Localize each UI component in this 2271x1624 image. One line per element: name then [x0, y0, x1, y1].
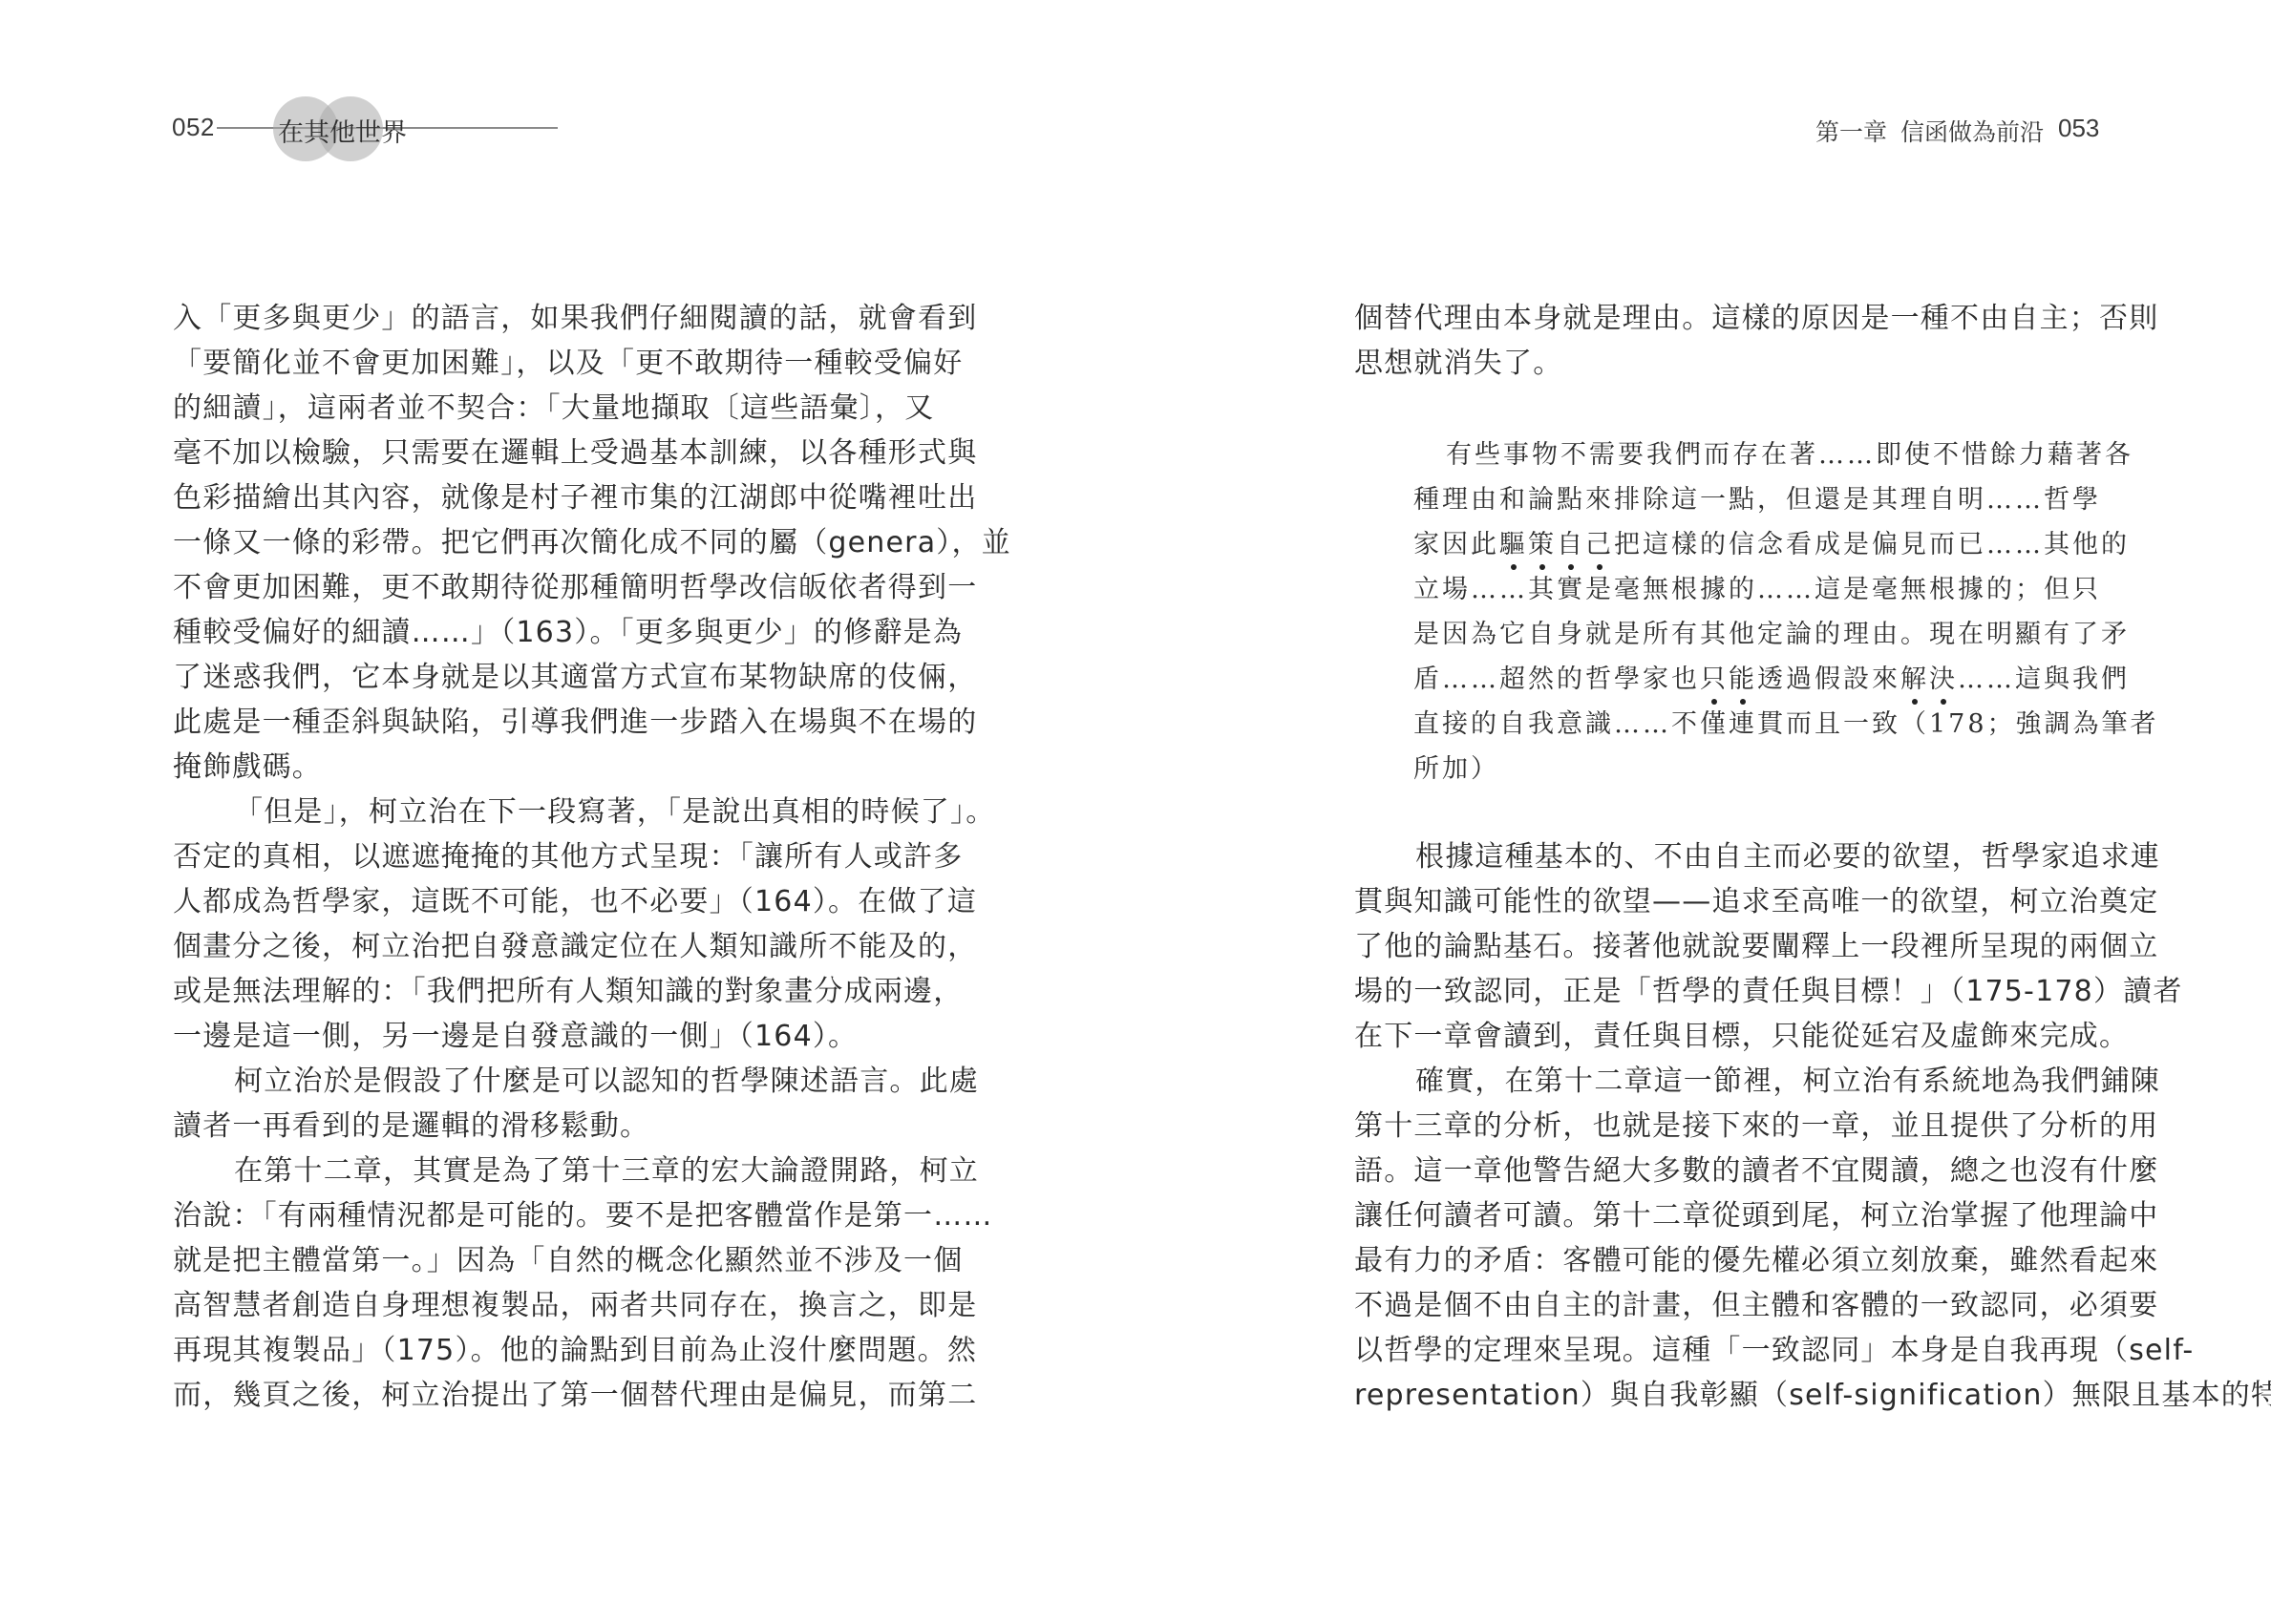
text-line: 「要簡化並不會更加困難」，以及「更不敢期待一種較受偏好: [173, 347, 923, 381]
text-line: 此處是一種歪斜與缺陷，引導我們進一步踏入在場與不在場的: [173, 706, 923, 740]
text-line: 毫不加以檢驗，只需要在邏輯上受過基本訓練，以各種形式與: [173, 436, 923, 471]
quote-text: 透過假設來: [1757, 664, 1900, 694]
quote-text: 家因此: [1413, 530, 1499, 559]
chapter-label: 第一章: [1815, 114, 1887, 148]
text-line: 再現其複製品」（175）。他的論點到目前為止沒什麼問題。然: [173, 1334, 923, 1368]
emphasized-text: 解決: [1900, 664, 1958, 694]
left-page-number: 052: [172, 113, 215, 142]
right-page-number: 053: [2058, 114, 2099, 143]
text-line: 而，幾頁之後，柯立治提出了第一個替代理由是偏見，而第二: [173, 1379, 923, 1413]
text-line: 最有力的矛盾：客體可能的優先權必須立刻放棄，雖然看起來: [1354, 1244, 2104, 1278]
text-line: 在下一章會讀到，責任與目標，只能從延宕及虛飾來完成。: [1354, 1020, 2129, 1054]
quote-line: 立場……其實是毫無根據的……這是毫無根據的；但只: [1413, 574, 2101, 606]
text-line: 一邊是這一側，另一邊是自發意識的一側」（164）。: [173, 1020, 858, 1054]
text-line: 場的一致認同，正是「哲學的責任與目標！」（175-178）讀者: [1354, 975, 2104, 1009]
text-line: 讀者一再看到的是邏輯的滑移鬆動。: [173, 1109, 649, 1144]
text-line: 了迷惑我們，它本身就是以其適當方式宣布某物缺席的伎倆，: [173, 661, 923, 695]
emphasis-dot-char: 能: [1729, 664, 1757, 696]
text-line: 入「更多與更少」的語言，如果我們仔細閱讀的話，就會看到: [173, 302, 923, 336]
text-line: 貫與知識可能性的欲望——追求至高唯一的欲望，柯立治奠定: [1354, 885, 2104, 919]
paragraph-start-line: 柯立治於是假設了什麼是可以認知的哲學陳述語言。此處: [234, 1065, 923, 1099]
quote-text: 把這樣的信念看成是偏見而已……其他的: [1614, 530, 2130, 559]
paragraph-start-line: 根據這種基本的、不由自主而必要的欲望，哲學家追求連: [1415, 840, 2104, 875]
quote-line: 所加）: [1413, 753, 1499, 786]
text-line: 不過是個不由自主的計畫，但主體和客體的一致認同，必須要: [1354, 1289, 2104, 1323]
text-line: 以哲學的定理來呈現。這種「一致認同」本身是自我再現（self-: [1354, 1334, 2104, 1368]
text-line: 掩飾戲碼。: [173, 750, 322, 785]
emphasis-dot-char: 己: [1585, 529, 1614, 561]
text-line: 一條又一條的彩帶。把它們再次簡化成不同的屬（genera），並: [173, 526, 923, 560]
text-line: 思想就消失了。: [1354, 347, 1562, 381]
quote-line-emphasis: 盾……超然的哲學家也只能透過假設來解決……這與我們: [1413, 664, 2101, 696]
text-line: 或是無法理解的：「我們把所有人類知識的對象畫分成兩邊，: [173, 975, 923, 1009]
emphasis-dot-char: 只: [1700, 664, 1729, 696]
text-line: representation）與自我彰顯（self-signification）…: [1354, 1379, 2104, 1413]
text-line: 不會更加困難，更不敢期待從那種簡明哲學改信皈依者得到一: [173, 571, 923, 605]
emphasis-dot-char: 解: [1900, 664, 1929, 696]
text-line: 第十三章的分析，也就是接下來的一章，並且提供了分析的用: [1354, 1109, 2104, 1144]
text-line: 治說：「有兩種情況都是可能的。要不是把客體當作是第一……: [173, 1199, 923, 1234]
left-page-header: 052 在其他世界: [0, 0, 1135, 191]
text-line: 的細讀」，這兩者並不契合：「大量地擷取〔這些語彙〕，又: [173, 391, 923, 426]
text-line: 否定的真相，以遮遮掩掩的其他方式呈現：「讓所有人或許多: [173, 840, 923, 875]
text-line: 就是把主體當第一。」因為「自然的概念化顯然並不涉及一個: [173, 1244, 923, 1278]
paragraph-start-line: 「但是」，柯立治在下一段寫著，「是說出真相的時候了」。: [234, 795, 923, 830]
quote-line: 種理由和論點來排除這一點，但還是其理自明……哲學: [1413, 484, 2101, 517]
text-line: 種較受偏好的細讀……」（163）。「更多與更少」的修辭是為: [173, 616, 923, 650]
emphasis-dot-char: 策: [1528, 529, 1557, 561]
quote-line: 直接的自我意識……不僅連貫而且一致（178；強調為筆者: [1413, 708, 2101, 741]
quote-line: 有些事物不需要我們而存在著……即使不惜餘力藉著各: [1446, 439, 2101, 472]
emphasized-text: 驅策自己: [1499, 530, 1614, 559]
book-spread: 052 在其他世界 第一章 信函做為前沿 053 入「更多與更少」的語言，如果我…: [0, 0, 2271, 1624]
emphasized-text: 只能: [1700, 664, 1757, 694]
text-line: 高智慧者創造自身理想複製品，兩者共同存在，換言之，即是: [173, 1289, 923, 1323]
paragraph-start-line: 在第十二章，其實是為了第十三章的宏大論證開路，柯立: [234, 1154, 923, 1189]
chapter-title: 信函做為前沿: [1900, 114, 2044, 148]
text-line: 個畫分之後，柯立治把自發意識定位在人類知識所不能及的，: [173, 930, 923, 964]
emphasis-dot-char: 決: [1929, 664, 1958, 696]
paragraph-start-line: 確實，在第十二章這一節裡，柯立治有系統地為我們鋪陳: [1415, 1065, 2104, 1099]
text-line: 色彩描繪出其內容，就像是村子裡市集的江湖郎中從嘴裡吐出: [173, 481, 923, 516]
quote-line-emphasis: 家因此驅策自己把這樣的信念看成是偏見而已……其他的: [1413, 529, 2101, 561]
quote-line: 是因為它自身就是所有其他定論的理由。現在明顯有了矛: [1413, 619, 2101, 651]
text-line: 人都成為哲學家，這既不可能，也不必要」（164）。在做了這: [173, 885, 923, 919]
text-line: 了他的論點基石。接著他就說要闡釋上一段裡所呈現的兩個立: [1354, 930, 2104, 964]
emphasis-dot-char: 驅: [1499, 529, 1528, 561]
text-line: 語。這一章他警告絕大多數的讀者不宜閱讀，總之也沒有什麼: [1354, 1154, 2104, 1189]
running-head-title: 在其他世界: [276, 112, 409, 149]
emphasis-dot-char: 自: [1557, 529, 1585, 561]
text-line: 個替代理由本身就是理由。這樣的原因是一種不由自主；否則: [1354, 302, 2104, 336]
right-page-header: [1135, 0, 2271, 191]
quote-text: 盾……超然的哲學家也: [1413, 664, 1700, 694]
quote-text: ……這與我們: [1958, 664, 2130, 694]
text-line: 讓任何讀者可讀。第十二章從頭到尾，柯立治掌握了他理論中: [1354, 1199, 2104, 1234]
